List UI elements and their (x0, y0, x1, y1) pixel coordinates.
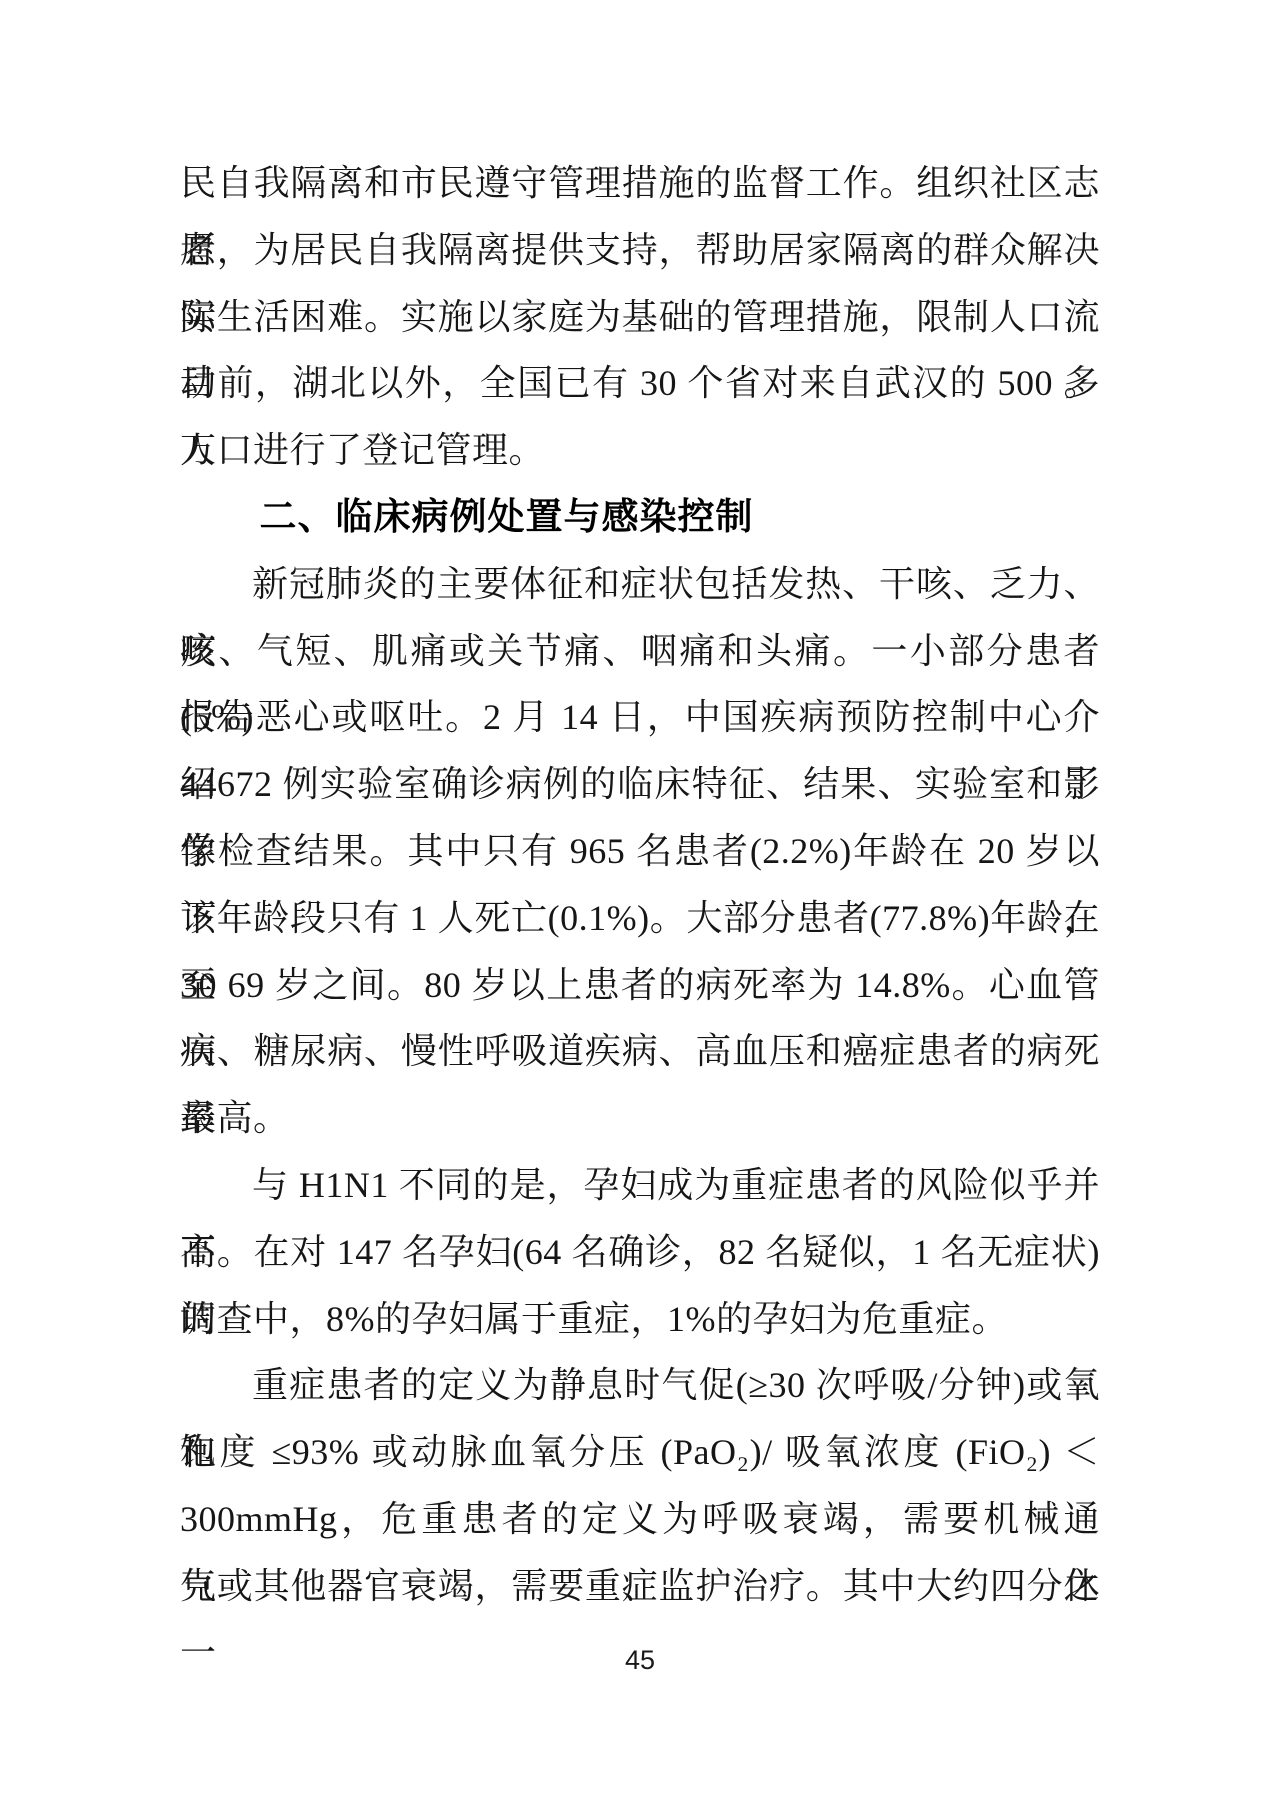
text-line: 者，为居民自我隔离提供支持，帮助居家隔离的群众解决实 (180, 217, 1100, 284)
text-line: 报告恶心或呕吐。2 月 14 日，中国疾病预防控制中心介绍了 (180, 684, 1100, 751)
section-heading: 二、临床病例处置与感染控制 (180, 484, 1100, 551)
text-line: 和度 ≤93% 或动脉血氧分压 (PaO₂)/ 吸氧浓度 (FiO₂) ＜ (180, 1419, 1100, 1486)
text-line: 高。在对 147 名孕妇(64 名确诊，82 名疑似，1 名无症状)的 (180, 1219, 1100, 1286)
text-line: 重症患者的定义为静息时气促(≥30 次呼吸/分钟)或氧饱 (180, 1352, 1100, 1419)
text-line: 克或其他器官衰竭，需要重症监护治疗。其中大约四分之一 (180, 1553, 1100, 1620)
document-page: 民自我隔离和市民遵守管理措施的监督工作。组织社区志愿 者，为居民自我隔离提供支持… (0, 0, 1280, 1810)
text-line: 新冠肺炎的主要体征和症状包括发热、干咳、乏力、咳 (180, 551, 1100, 618)
text-line: 该年龄段只有 1 人死亡(0.1%)。大部分患者(77.8%)年龄在 30 (180, 885, 1100, 952)
text-line: 人口进行了登记管理。 (180, 417, 1100, 484)
text-line: 至 69 岁之间。80 岁以上患者的病死率为 14.8%。心血管疾 (180, 952, 1100, 1019)
text-line: 与 H1N1 不同的是，孕妇成为重症患者的风险似乎并不 (180, 1152, 1100, 1219)
page-number: 45 (0, 1645, 1280, 1676)
text-line: 调查中，8%的孕妇属于重症，1%的孕妇为危重症。 (180, 1286, 1100, 1353)
text-line: 300mmHg，危重患者的定义为呼吸衰竭，需要机械通气、休 (180, 1486, 1100, 1553)
document-body: 民自我隔离和市民遵守管理措施的监督工作。组织社区志愿 者，为居民自我隔离提供支持… (180, 150, 1100, 1620)
text-line: 痰、气短、肌痛或关节痛、咽痛和头痛。一小部分患者(5%) (180, 618, 1100, 685)
text-line: 病、糖尿病、慢性呼吸道疾病、高血压和癌症患者的病死率 (180, 1018, 1100, 1085)
text-line: 44672 例实验室确诊病例的临床特征、结果、实验室和影像 (180, 751, 1100, 818)
text-line: 目前，湖北以外，全国已有 30 个省对来自武汉的 500 多万 (180, 350, 1100, 417)
text-line: 学检查结果。其中只有 965 名患者(2.2%)年龄在 20 岁以下， (180, 818, 1100, 885)
text-line: 最高。 (180, 1085, 1100, 1152)
text-line: 民自我隔离和市民遵守管理措施的监督工作。组织社区志愿 (180, 150, 1100, 217)
text-line: 际生活困难。实施以家庭为基础的管理措施，限制人口流动。 (180, 284, 1100, 351)
